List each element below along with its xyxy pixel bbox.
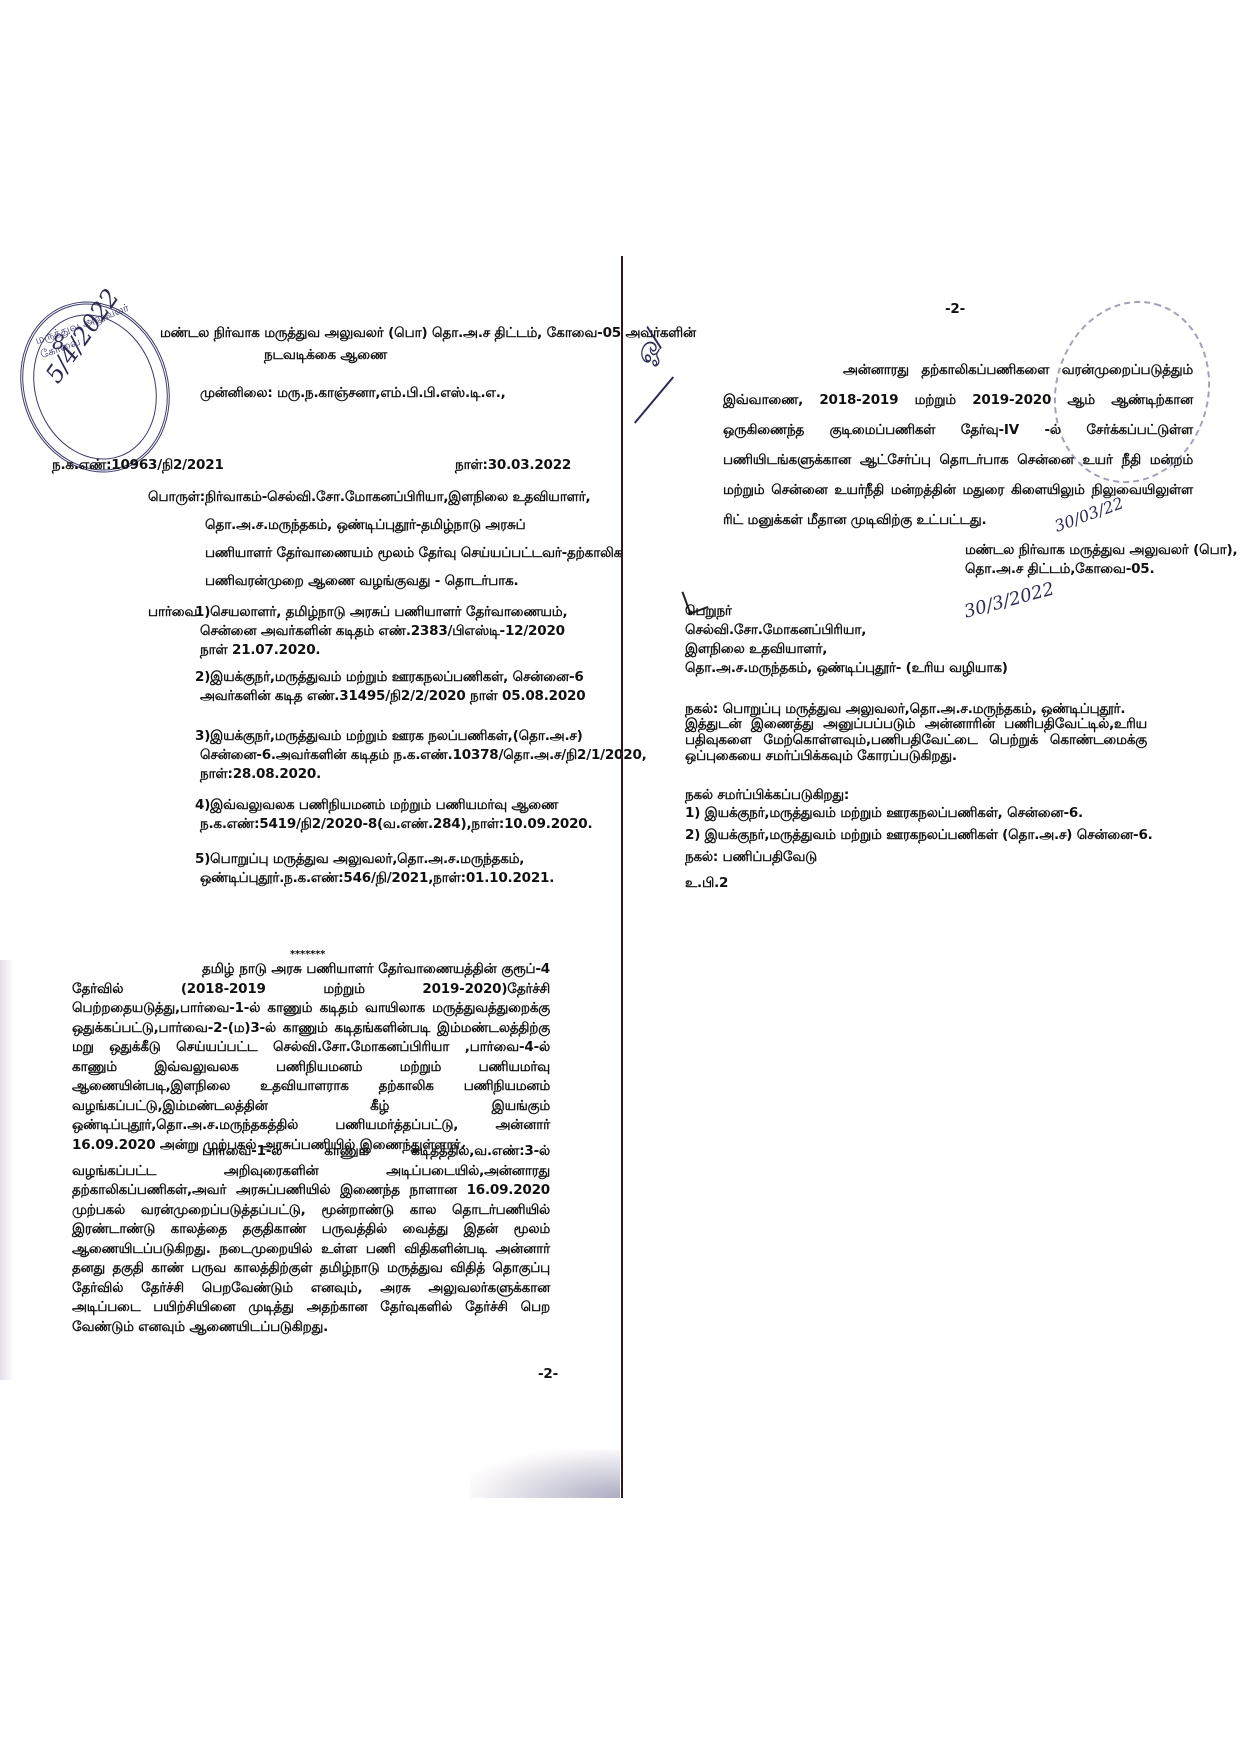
scan-edge-noise xyxy=(0,960,14,1380)
scan-noise xyxy=(470,1450,620,1498)
left-page: மருத்துவ அலுவலர் கோவை 8 5/4/2022 மண்டல ந… xyxy=(0,0,622,1755)
order-date: நாள்:30.03.2022 xyxy=(455,456,571,475)
subject-line: தொ.அ.ச.மருந்தகம், ஒண்டிப்புதூர்-தமிழ்நாட… xyxy=(205,516,525,535)
reference-line: 4)இவ்வலுவலக பணிநியமனம் மற்றும் பணியமர்வு… xyxy=(195,796,558,815)
reference-line: நாள் 21.07.2020. xyxy=(200,641,320,660)
reference-line: ந.க.எண்:5419/நி2/2020-8(வ.எண்.284),நாள்:… xyxy=(200,815,592,834)
reference-line: சென்னை-6.அவர்களின் கடிதம் ந.க.எண்.10378/… xyxy=(200,746,647,765)
presence-line: முன்னிலை: மரு.ந.காஞ்சனா,எம்.பி.பி.எஸ்.டி… xyxy=(200,384,506,403)
reference-line: 5)பொறுப்பு மருத்துவ அலுவலர்,தொ.அ.ச.மருந்… xyxy=(195,850,524,869)
page-number: -2- xyxy=(945,300,965,319)
page-continuation-marker: -2- xyxy=(538,1365,558,1384)
margin-pen-stroke xyxy=(634,376,674,423)
body-paragraph-2: பார்வை-1-ல் காணும் கடிதத்தில்,வ.எண்:3-ல்… xyxy=(72,1142,550,1337)
recipient-line: இளநிலை உதவியாளர், xyxy=(685,640,827,659)
reference-number: ந.க.எண்:10963/நி2/2021 xyxy=(52,456,224,475)
copy-instruction-paragraph: இத்துடன் இணைத்து அனுப்பப்படும் அன்னாரின்… xyxy=(685,716,1147,764)
subject-line: பணியாளர் தேர்வாணையம் மூலம் தேர்வு செய்யப… xyxy=(205,544,622,563)
recipient-line: பெறுநர் xyxy=(685,602,732,621)
body-paragraph-1: தமிழ் நாடு அரசு பணியாளர் தேர்வாணையத்தின்… xyxy=(72,960,550,1155)
order-header-line2: நடவடிக்கை ஆணை xyxy=(264,346,387,365)
recipient-line: தொ.அ.ச.மருந்தகம், ஒண்டிப்புதூர்- (உரிய வ… xyxy=(685,659,1008,678)
subject-line: நிர்வாகம்-செல்வி.சோ.மோகனப்பிரியா,இளநிலை … xyxy=(205,488,590,507)
enclosure-line: உ.பி.2 xyxy=(685,874,728,893)
signatory-designation: மண்டல நிர்வாக மருத்துவ அலுவலர் (பொ), xyxy=(965,541,1237,560)
reference-line: 3)இயக்குநர்,மருத்துவம் மற்றும் ஊரக நலப்ப… xyxy=(195,727,583,746)
reference-line: 2)இயக்குநர்,மருத்துவம் மற்றும் ஊரகநலப்பண… xyxy=(195,668,584,687)
reference-line: நாள்:28.08.2020. xyxy=(200,765,321,784)
recipient-line: செல்வி.சோ.மோகனப்பிரியா, xyxy=(685,621,866,640)
submitted-item: 2) இயக்குநர்,மருத்துவம் மற்றும் ஊரகநலப்ப… xyxy=(685,826,1153,845)
reference-line: சென்னை அவர்களின் கடிதம் எண்.2383/பிஎஸ்டி… xyxy=(200,622,565,641)
subject-line: பணிவரன்முறை ஆணை வழங்குவது - தொடர்பாக. xyxy=(205,572,518,591)
right-page: -2- ஓ/ அன்னாரது தற்காலிகப்பணிகளை வரன்முற… xyxy=(623,0,1240,1755)
submitted-item: 1) இயக்குநர்,மருத்துவம் மற்றும் ஊரகநலப்ப… xyxy=(685,804,1083,823)
order-header-line1: மண்டல நிர்வாக மருத்துவ அலுவலர் (பொ) தொ.அ… xyxy=(160,324,696,343)
copy-register-line: நகல்: பணிப்பதிவேடு xyxy=(685,848,817,867)
margin-handwritten-note: ஓ/ xyxy=(625,325,674,372)
reference-line: 1)செயலாளர், தமிழ்நாடு அரசுப் பணியாளர் தே… xyxy=(195,603,567,622)
signatory-office: தொ.அ.ச திட்டம்,கோவை-05. xyxy=(965,560,1154,579)
subject-label: பொருள்: xyxy=(148,488,205,507)
officer-initials-signature: 30/3/2022 xyxy=(962,578,1057,622)
submitted-label: நகல் சமர்ப்பிக்கப்படுகிறது: xyxy=(685,786,849,805)
reference-line: ஒண்டிப்புதூர்.ந.க.எண்:546/நி/2021,நாள்:0… xyxy=(200,869,554,888)
reference-line: அவர்களின் கடித எண்.31495/நி2/2/2020 நாள்… xyxy=(200,687,585,706)
